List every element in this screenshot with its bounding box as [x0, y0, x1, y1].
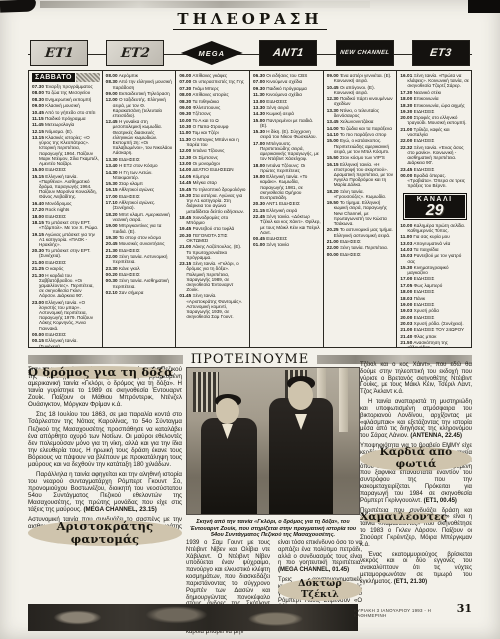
listing-entry: 12.15 Νόμισμα. (Ε).: [32, 129, 100, 134]
listing-entry: 23.45 ΕΙΔΗΣΕΙΣ: [400, 167, 469, 172]
listing-entry: 20.00 ΕΙΔΗΣΕΙΣ: [400, 315, 469, 320]
listing-entry: 16.01 Ξένη ταινία. «Πρώτα να κλάψεις». Κ…: [400, 73, 469, 89]
bottom-photo-strip: [28, 604, 358, 631]
article-paragraph: Η ταινία αναπαριστά τη μυστηριώδη και υπ…: [360, 399, 472, 440]
article-paragraph: Ένας εκατομμυριούχος βρίσκεται νεκρός κα…: [360, 552, 472, 586]
section-masthead: ΤΗΛΕΟΡΑΣΗ: [0, 10, 500, 30]
listing-entry: 14.00 Τα ζώδια και τα παράξενα: [327, 126, 395, 131]
listing-entry: 21.50 Ανασκόπηση της εβδομάδας: [400, 340, 469, 347]
listing-entry: 13.30 Ξένη σειρά: [253, 105, 321, 110]
listing-entry: 18.03 Πάνικ: [400, 296, 469, 301]
listing-entry: 18.00 Ιντιάνα Τζόουνς: Οι πρώτες περιπέτ…: [253, 163, 321, 173]
listing-entry: 10.45 Οι απόγονοι. (Ε). Κοινωνική σειρά.: [327, 85, 395, 95]
listing-entry: 12.00 Ο ταξιδευτής. Ελληνική σειρά, με τ…: [106, 97, 174, 118]
listing-block-kanali29: 10.00 Καλημέρα πρώτη σελίδα. Καθημερινός…: [400, 223, 469, 347]
listing-entry: 18.20 Ξένη ταινία. «Γρουσούζες». Κωμωδία…: [327, 189, 395, 199]
listing-entry: 15.00 Εγώ, ο κατάσκοπος. Περιπετειώδης α…: [327, 138, 395, 154]
kanali29-logo: ΚΑΝΑΛΙ 29: [403, 193, 467, 220]
listing-entry: 12.00 Ιντιάνα Τζόουνς: [179, 148, 247, 153]
listing-entry: 23.15 Ξένη ταινία. «Γκλόρι, ο δρόμος για…: [179, 261, 247, 292]
page-footer: ΚΥΡΙΑΚΗ 3 ΙΑΝΟΥΑΡΙΟΥ 1993 - Η ΚΑΘΗΜΕΡΙΝΗ…: [354, 602, 472, 618]
listing-entry: 19.00 ΕΙΔΗΣΕΙΣ: [400, 302, 469, 307]
listing-entry: 14.05 Κόμπρα: [179, 174, 247, 179]
listing-entry: 17.00 ΕΙΔΗΣΕΙΣ: [400, 276, 469, 281]
channel-column-new-channel: 09.00 Ένα αστέρι γεννιέται. (Ε). Κοινωνι…: [324, 71, 398, 347]
article-column-right: Τζέκιλ και ο κος Χάιντ», που εδώ θα δούμ…: [360, 362, 472, 589]
listing-entry: 15.50 Στον κόσμο των VIP'S: [327, 155, 395, 160]
listing-entry: 16.15 Ελληνική ταινία. «Η επιστροφή του …: [327, 162, 395, 188]
listing-entry: 14.10 Το πιο παράξενο σπορ: [327, 132, 395, 137]
listing-entry: 00.20 ΕΙΔΗΣΕΙΣ: [106, 272, 174, 277]
channel-column-et2: 08.00 Αερόμπικ08.30 Από την ελληνική μου…: [103, 71, 177, 347]
listing-entry: 02.10 Σαν σήμερα: [106, 290, 174, 295]
porch-column: [339, 368, 348, 432]
channel-logo-mega: MEGA: [181, 40, 243, 66]
listing-entry: 18.20 Μπιτ κλαμπ. Αμερικανική νεανική σε…: [106, 212, 174, 222]
article-column-left: Ο δρόμος για τη δόξα Στην πραγματική ιστ…: [28, 366, 182, 540]
listing-entry: 10.00 Το Α και το Ω: [179, 118, 247, 123]
listing-entry: 10.30 Ο Παπα-Στρουμφ: [179, 124, 247, 129]
listing-entry: 14.45 Μέγκα σταρ: [179, 180, 247, 185]
listing-entry: 20.00 Στροφές στο ελληνικό τραγούδι. Μου…: [400, 115, 469, 125]
article-paragraph: Παράλληλα η ταινία αφηγείται και την αλη…: [28, 471, 182, 513]
listing-entry: 09.30 Παιδικό πρόγραμμα: [253, 86, 321, 91]
listing-entry: 15.15 Ελληνική ταινία. «Παρθένα». Αισθημ…: [32, 174, 100, 200]
listing-entry: 16.30 Στα αστέρια. Αγώνας για την Α1 κατ…: [179, 193, 247, 214]
recommend-bar-left: [28, 355, 183, 364]
listing-entry: 13.00 Οι μονομάχοι: [179, 161, 247, 166]
listing-entry: 08.00 Τα ζώα της Μεσογείου: [32, 90, 100, 95]
listing-entry: 11.45 Μετεωρολογία: [32, 122, 100, 127]
listing-entry: 21.40 Φλας μπακ: [400, 334, 469, 339]
listing-entry: 17.00 ΕΙΔΗΣΕΙΣ: [106, 194, 174, 199]
listing-entry: 20.03 Χρυσή ρόδα. (Συνέχεια).: [400, 321, 469, 326]
listing-entry: 19.45 Ραντεβού στα τυφλά: [179, 226, 247, 231]
listing-block-new-channel: 09.00 Ένα αστέρι γεννιέται. (Ε). Κοινωνι…: [327, 73, 395, 257]
listing-entry: 08.30 Τα πιθηκάκια: [179, 99, 247, 104]
article-title-aristo: Αριστοκράτης φαντομάς: [28, 520, 182, 546]
listing-entry: 20.30 ΓΕΓΟΝΟΤΑ ΣΤΙΣ ΟΚΤΩΜΙΣΙ: [179, 233, 247, 243]
scan-artifact-streak: [40, 1, 370, 8]
listing-entry: 18.00 ΕΙΔΗΣΕΙΣ: [400, 289, 469, 294]
listing-entry: 15.30 Σταρ κλαμπ: [106, 181, 174, 186]
channel-logo-row: ET1 ET2 MEGA ANT1 NEW CHANNEL ET3: [28, 40, 472, 66]
listing-entry: 17.05 Φως λαμπερό: [400, 283, 469, 288]
listing-entry: 13.15 Κλασικές ιστορίες: «Ο γύρος της Κλ…: [32, 135, 100, 166]
listing-entry: 13.30 Ντίνκι, ο τελευταίος δεινόσαυρος: [327, 108, 395, 118]
listing-entry: 16.40 Μονόδρομος: [32, 201, 100, 206]
listing-entry: 14.30 Κωμική σειρά: [253, 111, 321, 116]
listing-entry: 15.00 Παντρεμένοι με παιδιά. (Ε).: [253, 118, 321, 128]
figure-head: [288, 381, 313, 410]
article-title-jekyll: Δόκτωρ Τζέκιλ: [278, 579, 362, 601]
listing-entry: 19.03 Χρυσή ρόδα: [400, 308, 469, 313]
listing-entry: 18.45 Χιονοδρομίες στο Μπόρμιο: [179, 215, 247, 225]
day-header: ΣΑΒΒΑΤΟ: [32, 73, 100, 82]
listing-block-et1: 07.30 Έναρξη προγράμματος08.00 Τα ζώα τη…: [32, 84, 100, 347]
footer-page-number: 31: [457, 602, 472, 615]
listing-entry: 00.00 Βραδιά όπερας. «Τραβιάτα». Όπερα σ…: [400, 173, 469, 189]
listing-entry: 21.30 Η καρδιά του Σαββατόβραδου. «Οι χα…: [32, 273, 100, 299]
newspaper-page: ΤΗΛΕΟΡΑΣΗ ET1 ET2 MEGA ANT1 NEW CHANNEL …: [0, 0, 500, 639]
channel-column-et3-kanali29: 16.01 Ξένη ταινία. «Πρώτα να κλάψεις». Κ…: [397, 71, 471, 347]
listing-block-et2: 08.00 Αερόμπικ08.30 Από την ελληνική μου…: [106, 73, 174, 295]
listing-entry: 19.30 ΕΙΔΗΣΕΙΣ: [400, 109, 469, 114]
listing-entry: 19.00 Μπριγκαντίνες για τα παιδιά. (Ε).: [106, 223, 174, 233]
recommend-title: ΠΡΟΤΕΙΝΟΥΜΕ: [191, 352, 309, 367]
page-title: ΤΗΛΕΟΡΑΣΗ: [173, 10, 326, 30]
listing-entry: 17.30 Νεανικό στέκι: [400, 90, 469, 95]
listing-entry: 14.30 Η Γη των Αετών. Ντοκιμαντέρ.: [106, 170, 174, 180]
listing-entry: 11.00 Τομ και Τζέρι: [179, 130, 247, 135]
listing-entry: 21.00 ΕΙΔΗΣΕΙΣ ΤΟΥ 24ΩΡΟΥ: [400, 327, 469, 332]
listing-entry: 00.45 ΕΙΔΗΣΕΙΣ: [253, 236, 321, 241]
listing-entry: 00.00 ΕΙΔΗΣΕΙΣ: [327, 252, 395, 257]
article-title-glory: Ο δρόμος για τη δόξα: [28, 366, 173, 379]
listing-entry: 19.50 Το τίμημα. Ελληνική κωμική σειρά, …: [327, 200, 395, 226]
listing-entry: 21.00 ΕΙΔΗΣΕΙΣ: [327, 239, 395, 244]
article-paragraph: είναι τόσο επικίνδυνο όσο το να αρπάζει …: [278, 540, 362, 574]
listing-entry: 00.00 ΕΙΔΗΣΕΙΣ: [32, 332, 100, 337]
listing-entry: 09.00 Φλίντστοουνς: [179, 105, 247, 110]
channel-time-ref: (ΕΤ1, 21.30): [394, 579, 427, 585]
listing-entry: 18.30 Επικοινωνία, ώρα αιχμής: [400, 103, 469, 108]
listing-entry: 22.32 Ξένη ταινία. «Ένας άσος στο μανίκι…: [400, 145, 469, 166]
listing-entry: 15.45 Το τηλεοπτικό δρομολόγιο: [179, 187, 247, 192]
channel-time-ref: (ΕΤ1, 00.45): [424, 498, 457, 504]
channel-time-ref: (ΑΝΤΕΝΝΑ, 22.45): [410, 433, 462, 439]
listing-entry: 21.15 Ελληνική σειρά: [253, 208, 321, 213]
listing-entry: 11.15 Παιδικό πρόγραμμα: [32, 116, 100, 121]
listing-entry: 13.40 Η ΕΤ2 στον Κόσμο: [106, 163, 174, 168]
listing-entry: 00.30 Ξένη ταινία. Αισθηματική περιπέτει…: [106, 278, 174, 288]
listing-entry: 21.00 ΕΙΔΗΣΕΙΣ: [32, 260, 100, 265]
listing-entry: 06.30 Οι ειδήσεις του CBS: [253, 73, 321, 78]
listing-entry: 01.00 Ξένη ταινία: [253, 242, 321, 247]
listing-entry: 10.45 Από το γήπεδο στο σπίτι: [32, 110, 100, 115]
channel-column-ant1: 06.30 Οι ειδήσεις του CBS07.00 Κινούμενα…: [250, 71, 324, 347]
listing-block-mega: 06.00 Απίθανες γκάφες07.00 Οι υπερασπιστ…: [179, 73, 247, 319]
listing-entry: 18.00 ΕΙΔΗΣΕΙΣ: [32, 214, 100, 219]
listing-entry: 18.15 Το μπάσκετ στην ΕΡΤ. «Τζάμπολ». Με…: [32, 220, 100, 230]
listing-entry: 14.00 ΔΕΛΤΙΟ ΕΙΔΗΣΕΩΝ: [179, 167, 247, 172]
listing-entry: 18.00 Επικοινωνία: [400, 96, 469, 101]
listing-entry: 10.00 Καλημέρα πρώτη σελίδα. Καθημερινός…: [400, 223, 469, 233]
listing-entry: 12.45 Η γυναίκα στη μεσοπολεμική κωμωδία…: [106, 119, 174, 155]
channel-time-ref: (MEGA CHANNEL, 01.45): [278, 567, 349, 573]
listing-entry: 22.00 ΕΙΔΗΣΕΙΣ: [400, 138, 469, 143]
channel-time-ref: (MEGA CHANNEL, 23.15): [83, 506, 156, 513]
listing-entry: 17.00 Μπέιγουοτς. Περιπετειώδης σειρά, α…: [253, 141, 321, 162]
window-shape: [193, 372, 219, 412]
listing-entry: 22.45 Ξένη ταινία. «Δόκτωρ Τζέκιλ και κο…: [253, 214, 321, 235]
listing-entry: 17.10 Αθλητικοί αγώνες. (Συνέχεια).: [106, 200, 174, 210]
listing-entry: 23.30 Κάνε γκολ: [106, 266, 174, 271]
listing-entry: 07.00 Κινούμενα σχέδια: [253, 79, 321, 84]
channel-logo-et2: ET2: [104, 40, 166, 66]
listings-grid: ΣΑΒΒΑΤΟ 07.30 Έναρξη προγράμματος08.00 Τ…: [28, 70, 472, 348]
listing-entry: 21.25 Ο καιρός: [32, 266, 100, 271]
listing-entry: 11.30 Κινούμενα σχέδια: [253, 92, 321, 97]
listing-entry: 08.00 Απίθανες ιστορίες: [179, 92, 247, 97]
channel-logo-new-channel: NEW CHANNEL: [334, 40, 396, 66]
listing-entry: 20.45 Μουσικές συναντήσεις: [106, 241, 174, 246]
listing-entry: 20.25 Το αστυνομικό μας τμήμα. Ελληνική …: [327, 227, 395, 237]
listing-entry: 08.30 Από την ελληνική μουσική παράδοση: [106, 79, 174, 89]
listing-entry: 15.00 ΕΙΔΗΣΕΙΣ: [32, 167, 100, 172]
listing-entry: 12.30 Οι Σίμπσονς: [179, 155, 247, 160]
listing-entry: 13.03 Απογευματινά νέα: [400, 241, 469, 246]
figure-head: [216, 398, 239, 424]
listing-entry: 17.20 Rock nights: [32, 207, 100, 212]
channel-logo-et3: ET3: [410, 40, 472, 66]
day-label: ΣΑΒΒΑΤΟ: [32, 73, 75, 82]
listing-entry: 07.30 Έναρξη προγράμματος: [32, 84, 100, 89]
photo-caption: Σκηνή από την ταινία «Γκλόρι, ο δρόμος γ…: [184, 519, 362, 539]
article-paragraph: Στις 18 Ιουλίου του 1863, σε μια παραλία…: [28, 411, 182, 468]
article-title-chameleons: Χαμαιλέοντες: [360, 512, 447, 524]
listing-block-et3: 16.01 Ξένη ταινία. «Πρώτα να κλάψεις». Κ…: [400, 73, 469, 189]
day-header-hatch: [76, 73, 100, 82]
article-title-heart: Καρδιά από φωτιά: [360, 447, 472, 471]
channel-logo-et1: ET1: [28, 40, 90, 66]
listing-entry: 21.00 Λάκης Λαζόπουλος. (Ε). Το πρωτοχρο…: [179, 244, 247, 260]
listing-block-ant1: 06.30 Οι ειδήσεις του CBS07.00 Κινούμενα…: [253, 73, 321, 248]
listing-entry: 06.00 Απίθανες γκάφες: [179, 73, 247, 78]
listing-entry: 14.03 Τα παιχνίδια: [400, 247, 469, 252]
channel-column-mega: 06.00 Απίθανες γκάφες07.00 Οι υπερασπιστ…: [176, 71, 250, 347]
listing-entry: 20.30 ΑΝΤ1 ΕΙΔΗΣΕΙΣ: [253, 201, 321, 206]
listing-entry: 00.15 Ελληνική ταινία. (Συνέχεια).: [32, 338, 100, 347]
listing-entry: 21.00 Τρίλιζα, καφές και νοσταλγία: [400, 127, 469, 137]
channel-logo-ant1: ANT1: [257, 40, 319, 66]
footer-date-line: ΚΥΡΙΑΚΗ 3 ΙΑΝΟΥΑΡΙΟΥ 1993 - Η ΚΑΘΗΜΕΡΙΝΗ: [354, 608, 457, 618]
article-photo-glory: [186, 367, 360, 515]
listing-entry: 22.00 Ξένη ταινία. Περιπέτεια.: [327, 245, 395, 250]
listing-entry: 19.15 Αγώνας μπάσκετ για την Α1 κατηγορί…: [32, 232, 100, 248]
listing-entry: 20.30 Το μπάσκετ στην ΕΡΤ. (Συνέχεια).: [32, 248, 100, 258]
listing-entry: 11.30 Ο Μπαγκς Μπάνι και η παρέα του: [179, 137, 247, 147]
listing-entry: 09.00 Εκπαιδευτική Τηλεόραση: [106, 91, 174, 96]
listing-entry: 09.00 Ένα αστέρι γεννιέται. (Ε). Κοινωνι…: [327, 73, 395, 83]
listing-entry: 13.00 ΕΙΔΗΣΕΙΣ: [253, 99, 321, 104]
listing-entry: 16.15 Αθλητικοί αγώνες: [106, 187, 174, 192]
listing-entry: 08.00 Αερόμπικ: [106, 73, 174, 78]
listing-entry: 23.00 Ελληνική ταινία. «Ο λογιστής του μ…: [32, 300, 100, 331]
listing-entry: 15.30 Η δίκη. (Ε). Σύγχρονη σειρά του Νί…: [253, 129, 321, 139]
listing-entry: 09.30 Τζέτσονς: [179, 111, 247, 116]
listing-entry: 15.30 Κινηματογραφικό μαγκαζίνο: [400, 265, 469, 275]
listing-entry: 13.30 ΕΙΔΗΣΕΙΣ: [106, 157, 174, 162]
article-paragraph: Τζέκιλ και ο κος Χάιντ», που εδώ θα δούμ…: [360, 362, 472, 396]
listing-entry: 09.00 Κλασική μουσική: [32, 103, 100, 108]
listing-entry: 07.00 Οι υπερασπιστές της Γης: [179, 79, 247, 84]
channel-column-et1: ΣΑΒΒΑΤΟ 07.30 Έναρξη προγράμματος08.00 Τ…: [29, 71, 103, 347]
listing-entry: 19.00 Ελληνική ταινία. «Το καμάκι». Κωμω…: [253, 174, 321, 200]
listing-entry: 11.00 Για σας κυρία μου: [400, 234, 469, 239]
listing-entry: 15.03 Ραντεβού με τον γιατρό σας: [400, 253, 469, 263]
listing-entry: 13.45 Χελωνονιντζάκια: [327, 119, 395, 124]
listing-entry: 12.30 Παιδικό πάρτι κινουμένων σχεδίων: [327, 96, 395, 106]
listing-entry: 22.00 Ξένη ταινία. Αστυνομική περιπέτεια…: [106, 254, 174, 264]
listing-entry: 08.30 Ενημερωτική εκπομπή: [32, 97, 100, 102]
listing-entry: 01.45 Ξένη ταινία. «Αριστοκράτης Φαντομά…: [179, 293, 247, 319]
listing-entry: 21.30 ΕΙΔΗΣΕΙΣ: [106, 248, 174, 253]
listing-entry: 19.30 Τα σπορ στον κόσμο: [106, 235, 174, 240]
listing-entry: 07.30 Γκάμι Μπερς: [179, 86, 247, 91]
